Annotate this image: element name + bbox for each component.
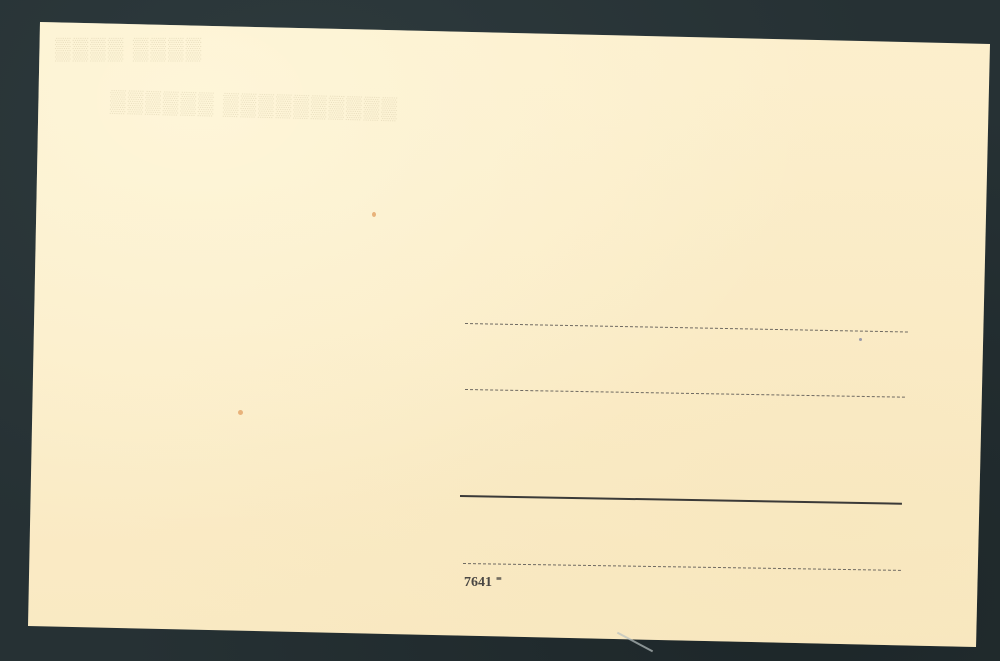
- address-line-1: [465, 323, 908, 333]
- paper-speck: [859, 338, 862, 341]
- address-line-4: [463, 563, 901, 571]
- postcard-back: ▒▒▒▒ ▒▒▒▒ ▒▒▒▒▒▒ ▒▒▒▒▒▒▒▒▒▒ 7641⁼: [0, 0, 1000, 661]
- address-line-2: [465, 389, 905, 398]
- paper-speck: [238, 410, 243, 415]
- serial-mark: ⁼: [496, 575, 502, 587]
- address-line-3-solid: [460, 495, 902, 505]
- faint-bleedthrough-text: ▒▒▒▒ ▒▒▒▒: [55, 36, 203, 62]
- faint-bleedthrough-text: ▒▒▒▒▒▒ ▒▒▒▒▒▒▒▒▒▒: [110, 88, 399, 122]
- serial-number: 7641⁼: [464, 574, 502, 591]
- paper-speck: [372, 212, 376, 217]
- serial-number-text: 7641: [464, 575, 492, 590]
